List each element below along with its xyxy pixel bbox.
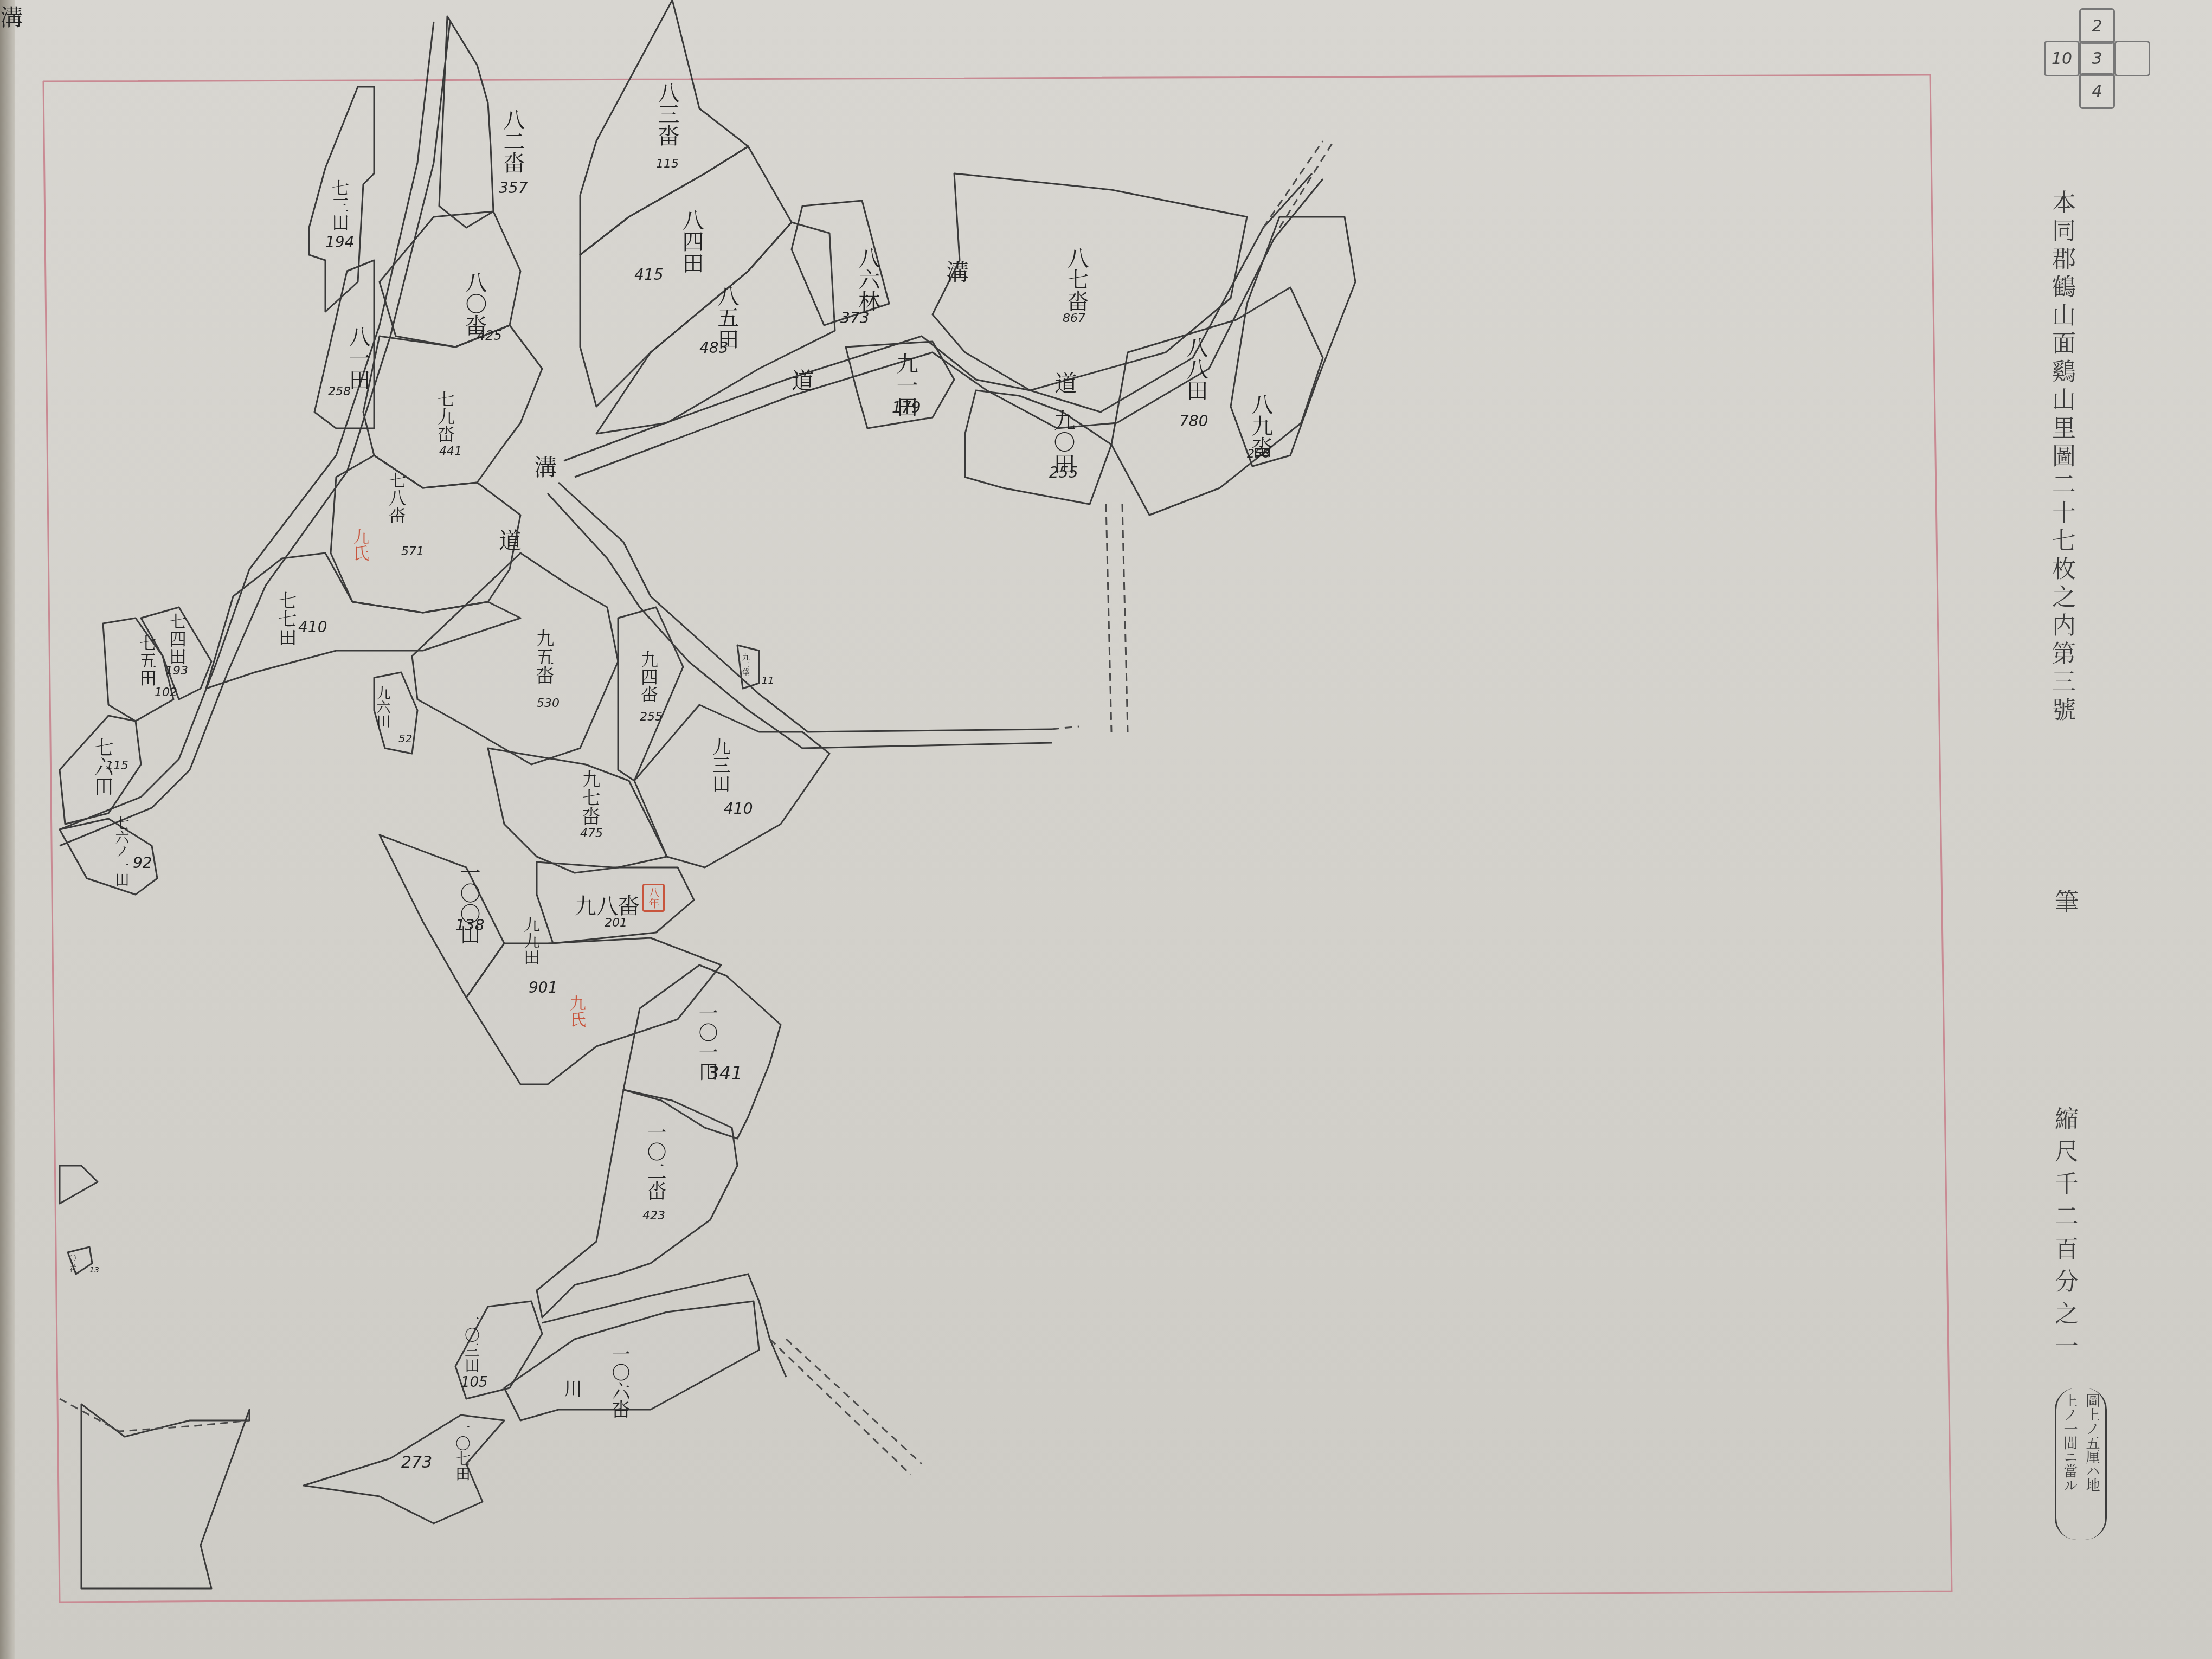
parcel-label: 七九畓: [436, 390, 454, 442]
dashed-road-se-2: [786, 1339, 922, 1464]
road-label: 道: [499, 523, 522, 556]
parcel-label: 九三田: [710, 737, 729, 793]
red-stamp: 九氏: [347, 529, 371, 561]
parcel-area: 258: [328, 385, 351, 398]
parcel-area: 258: [1247, 447, 1270, 461]
index-cell-right: [2114, 41, 2150, 76]
parcel-area: 483: [699, 339, 728, 357]
parcel-label: 九九田: [522, 916, 538, 965]
parcel-label: 七八畓: [388, 472, 405, 524]
parcel-area: 115: [656, 157, 679, 171]
dashed-road-ne-2: [1279, 141, 1334, 228]
parcel-area: 105: [461, 1374, 488, 1391]
parcel-area: 423: [642, 1209, 665, 1223]
parcel-area: 901: [529, 979, 557, 996]
parcel-area: 410: [298, 618, 327, 636]
index-cell-center: 3: [2079, 41, 2115, 76]
parcel-label: 九八畓: [575, 889, 640, 920]
parcel-area: 780: [1179, 412, 1208, 430]
parcel-sw[interactable]: [81, 1404, 249, 1589]
red-stamp: 九氏: [564, 995, 588, 1027]
road-label: 道: [1054, 366, 1077, 398]
dashed-road-s-2: [1122, 504, 1128, 732]
parcel-label: 一〇七田: [454, 1420, 470, 1481]
parcel-label: 八四田: [680, 209, 702, 274]
parcel-label: 九四畓: [640, 651, 657, 703]
sheet-index-grid: 2 10 3 4: [2044, 5, 2152, 114]
sheet-title: 本同郡鶴山面鷄山里圖二十七枚之内第三號: [2044, 190, 2079, 725]
index-cell-left: 10: [2044, 41, 2080, 76]
index-cell-top: 2: [2079, 8, 2115, 44]
scale-label: 縮尺千二百分之一: [2047, 1106, 2081, 1366]
parcel-label: 七四田: [168, 613, 185, 665]
parcel-area: 357: [499, 179, 528, 197]
parcel-label: 七七田: [276, 591, 295, 646]
parcel-area: 425: [477, 328, 502, 343]
dashed-road-s: [1106, 504, 1111, 732]
scale-note-line-1: 圖上ノ五厘ハ地: [2082, 1393, 2102, 1540]
road-label: 道: [792, 363, 814, 396]
parcel-106[interactable]: [504, 1301, 759, 1420]
parcel-area: 255: [1049, 464, 1078, 481]
parcel-label: 七六ノ一田: [114, 816, 128, 886]
parcel-area: 273: [401, 1453, 432, 1472]
parcel-area: 441: [439, 445, 462, 458]
parcel-label: 八二畓: [501, 108, 523, 173]
parcel-label: 九六田: [375, 686, 389, 728]
ditch-label: 溝: [946, 255, 969, 287]
parcel-label: 一〇三田: [464, 1312, 479, 1373]
parcel-label: 七五田: [138, 634, 156, 686]
parcel-area: 475: [580, 827, 603, 840]
parcel-nw-small[interactable]: [60, 1166, 98, 1204]
parcel-area: 373: [840, 309, 869, 327]
parcel-area: 138: [455, 916, 484, 934]
parcel-area: 867: [1063, 312, 1085, 325]
creek-label: 川: [564, 1374, 582, 1401]
parcel-label: 八七畓: [1065, 247, 1087, 312]
parcel-label: 九七畓: [580, 770, 599, 825]
parcel-label: 八六林: [857, 247, 878, 312]
parcel-label: 八〇畓: [464, 271, 485, 336]
red-seal: 八年: [642, 884, 665, 912]
parcel-area: 115: [106, 759, 128, 773]
parcel-area: 102: [155, 686, 177, 699]
parcel-label: 九五畓: [534, 629, 552, 684]
parcel-label: 一〇五垈: [69, 1248, 76, 1274]
parcel-area: 92: [133, 854, 152, 872]
parcel-area: 571: [401, 545, 424, 558]
parcel-area: 530: [537, 697, 560, 710]
parcel-93[interactable]: [634, 705, 829, 867]
parcel-90[interactable]: [965, 390, 1111, 504]
parcel-area: 193: [165, 664, 188, 678]
scale-note-line-2: 上ノ一間ニ當ル: [2060, 1393, 2080, 1540]
parcel-area: 194: [325, 233, 354, 251]
parcel-area: 201: [605, 916, 627, 930]
parcel-label: 八三畓: [656, 81, 678, 146]
parcel-label: 八八田: [1185, 336, 1206, 401]
parcel-area: 13: [89, 1266, 99, 1275]
parcel-area: 11: [762, 675, 774, 686]
parcel-area: 410: [724, 800, 753, 818]
brush-mark: 筆: [2047, 889, 2081, 913]
parcel-label: 一〇二畓: [645, 1122, 665, 1200]
dashed-road-e: [1052, 726, 1079, 729]
parcel-label: 一〇六畓: [610, 1345, 628, 1418]
parcel-label: 九二垈: [742, 653, 749, 676]
parcel-area: 52: [398, 732, 412, 745]
index-cell-bottom: 4: [2079, 73, 2115, 109]
parcel-area: 179: [892, 398, 921, 416]
parcel-area: 255: [640, 710, 663, 724]
scale-note: 圖上ノ五厘ハ地 上ノ一間ニ當ル: [2055, 1388, 2107, 1540]
parcel-area: 341: [708, 1063, 743, 1084]
parcel-area: 415: [634, 266, 663, 284]
ditch-label: 溝: [0, 0, 23, 33]
ditch-label: 溝: [534, 450, 557, 483]
parcel-label: 七三田: [331, 179, 348, 231]
parcel-label: 八一田: [347, 325, 369, 390]
dashed-road-se: [770, 1339, 911, 1475]
